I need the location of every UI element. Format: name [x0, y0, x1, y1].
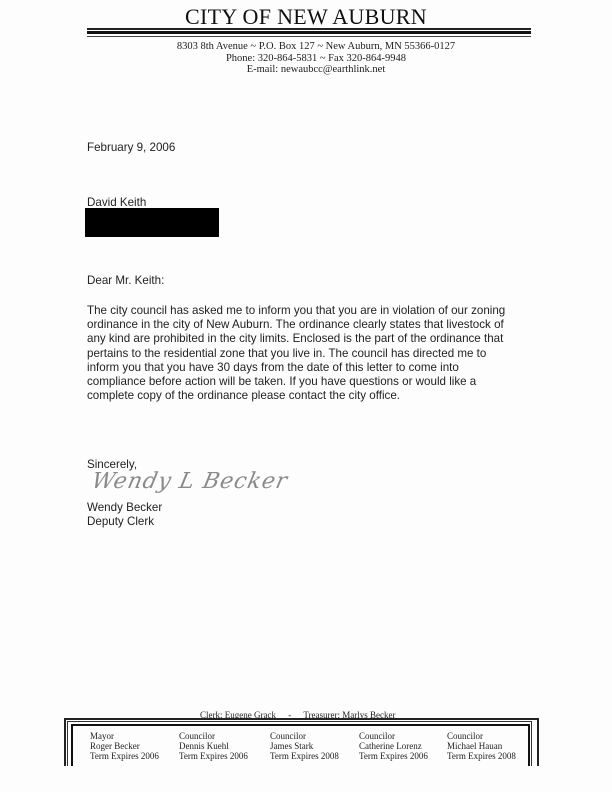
- letterhead-rule: [87, 31, 531, 34]
- letterhead-title: CITY OF NEW AUBURN: [0, 4, 612, 30]
- letter-date: February 9, 2006: [87, 141, 175, 154]
- letterhead-address: 8303 8th Avenue ~ P.O. Box 127 ~ New Aub…: [10, 41, 612, 52]
- body-line: The city council has asked me to inform …: [87, 304, 505, 318]
- council-term: Term Expires 2008: [447, 751, 516, 761]
- letter-page: CITY OF NEW AUBURN 8303 8th Avenue ~ P.O…: [0, 0, 612, 792]
- signer-title: Deputy Clerk: [87, 515, 154, 528]
- body-line: pertains to the residential zone that yo…: [87, 347, 505, 361]
- council-term: Term Expires 2006: [179, 751, 248, 761]
- council-term: Term Expires 2006: [359, 751, 428, 761]
- handwritten-signature: Wendy L Becker: [89, 469, 290, 494]
- letterhead-email: E-mail: newaubcc@earthlink.net: [10, 64, 612, 75]
- council-name: Dennis Kuehl: [179, 741, 248, 751]
- signer-name: Wendy Becker: [87, 501, 162, 514]
- redacted-address-block: [85, 208, 219, 237]
- council-role: Councilor: [270, 731, 339, 741]
- council-role: Councilor: [447, 731, 516, 741]
- council-member: Councilor Catherine Lorenz Term Expires …: [359, 731, 428, 761]
- council-name: James Stark: [270, 741, 339, 751]
- council-member-mayor: Mayor Roger Becker Term Expires 2006: [90, 731, 159, 761]
- body-line: inform you that you have 30 days from th…: [87, 361, 505, 375]
- council-term: Term Expires 2006: [90, 751, 159, 761]
- council-term: Term Expires 2008: [270, 751, 339, 761]
- council-role: Councilor: [179, 731, 248, 741]
- salutation: Dear Mr. Keith:: [87, 274, 164, 287]
- body-line: compliance before action will be taken. …: [87, 375, 505, 389]
- council-member: Councilor James Stark Term Expires 2008: [270, 731, 339, 761]
- council-name: Catherine Lorenz: [359, 741, 428, 751]
- letter-body: The city council has asked me to inform …: [87, 304, 505, 403]
- council-name: Roger Becker: [90, 741, 159, 751]
- letterhead-rule: [87, 28, 531, 30]
- council-role: Mayor: [90, 731, 159, 741]
- body-line: any kind are prohibited in the city limi…: [87, 332, 505, 346]
- body-line: complete copy of the ordinance please co…: [87, 389, 505, 403]
- body-line: ordinance in the city of New Auburn. The…: [87, 318, 505, 332]
- letterhead-phone-fax: Phone: 320-864-5831 ~ Fax 320-864-9948: [10, 53, 612, 64]
- council-member: Councilor Michael Hauan Term Expires 200…: [447, 731, 516, 761]
- council-member: Councilor Dennis Kuehl Term Expires 2006: [179, 731, 248, 761]
- council-role: Councilor: [359, 731, 428, 741]
- council-name: Michael Hauan: [447, 741, 516, 751]
- letterhead-rule: [87, 36, 531, 37]
